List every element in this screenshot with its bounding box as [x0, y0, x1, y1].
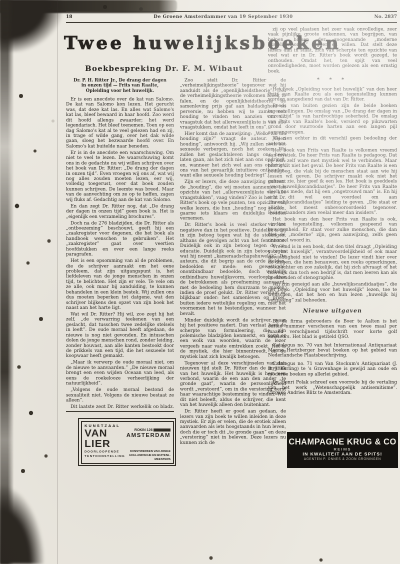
- paragraph: Het boek van den heer Frits van Raalte i…: [268, 217, 397, 243]
- van-lier-artworks-note: KUNSTWERKEN VAN JONGE HOLLANDSCHE EN BUI…: [123, 450, 170, 462]
- paragraph: „Volgens de oude moraal bestond de sexua…: [66, 388, 174, 404]
- column-left-paragraphs: Er is een anecdote over de kat van Salom…: [66, 97, 174, 408]
- paragraph: Reeds van buiten gezien zijn de beide bo…: [268, 104, 397, 135]
- article-subtitle: Boekbespreking Dr. F. M. Wibaut: [64, 64, 264, 73]
- paragraph: En dan zegt Dr. Ritter nog, dat „De dran…: [66, 204, 174, 220]
- paragraph: Het boek „Opleiding voor het huwelijk” v…: [268, 87, 397, 103]
- ad-separator-rule: [66, 411, 174, 412]
- issue-number: No. 2837: [374, 14, 397, 19]
- paragraph: Wij zijn geneigd aan alle „huwelijkscand…: [268, 282, 397, 303]
- paragraph: Catalogus no. 70 van het Internationaal …: [268, 343, 397, 359]
- paragraph: Het is een opsomming van al de problemen…: [66, 259, 174, 311]
- van-lier-name: VAN LIER: [84, 428, 126, 449]
- paragraph: Er is een anecdote over de kat van Salom…: [66, 97, 174, 149]
- masthead: De Groene Amsterdammer van 19 September …: [154, 14, 293, 19]
- paragraph: Dit laatste zegt Dr. Ritter werkelijk op…: [66, 404, 174, 408]
- van-lier-address: ROKIN 126: [134, 428, 152, 432]
- newspaper-page: 18 De Groene Amsterdammer van 19 Septemb…: [0, 0, 400, 564]
- scan-speckles: [0, 0, 2, 2]
- van-lier-advertisement: KUNSTZAAL VAN LIER ROKIN 126 AMSTERDAM D…: [78, 418, 176, 466]
- krug-name: CHAMPAGNE KRUG & CO: [289, 438, 397, 447]
- new-publications-list: Bij de firma gebroeders de Boer te Aalte…: [268, 319, 397, 396]
- krug-agent-line: AGENTEN P. ONNES & ZOON GRONINGEN: [304, 457, 381, 461]
- paragraph: zij op veel plaatsen het zeer vaak onvol…: [268, 27, 397, 74]
- section-heading-nieuwe-uitgaven: Nieuwe uitgaven: [268, 308, 397, 314]
- page-header: 18 De Groene Amsterdammer van 19 Septemb…: [66, 12, 397, 22]
- scan-noise-left-edge: [0, 0, 14, 564]
- paragraph: Wij zien echter in dit verschil geen bed…: [268, 136, 397, 146]
- paragraph: „Maar ik verwerp de oude moraal niet, om…: [66, 360, 174, 386]
- section-separator: * * *: [268, 77, 397, 83]
- column-right-paragraphs: Het boek „Opleiding voor het huwelijk” v…: [268, 87, 397, 303]
- paragraph: Dr. Henri Polak schreef een voorrede bij…: [268, 380, 397, 396]
- paragraph: Er is in de anecdote een waarschuwing. O…: [66, 150, 174, 202]
- paragraph: Het boek van Frits van Raalte is volkome…: [268, 148, 397, 216]
- paragraph: Catalogus no. 71 van Van Stockum's Antiq…: [268, 361, 397, 377]
- paragraph: Vreemd is in een boek, dat den titel dra…: [268, 244, 397, 281]
- column-left: Dr. P. H. Ritter Jr., De drang der dagen…: [66, 78, 174, 408]
- phone-smudge: [153, 428, 170, 431]
- reviewed-books-intro: Dr. P. H. Ritter Jr., De drang der dagen…: [66, 78, 174, 93]
- paragraph: Doch na de 276 bladzijden, die Dr. Ritte…: [66, 221, 174, 258]
- column-right-top-paragraphs: zij op veel plaatsen het zeer vaak onvol…: [268, 27, 397, 74]
- article-title: Twee huwelijksboeken: [64, 33, 264, 54]
- column-right: zij op veel plaatsen het zeer vaak onvol…: [268, 27, 397, 431]
- paragraph: Wat wil Dr. Ritter? Hij wil, zoo zegt hi…: [66, 312, 174, 359]
- van-lier-exhibition-note: DOORLOOPENDE TENTOONSTELLING: [84, 450, 123, 462]
- page-fold-line: [57, 0, 58, 564]
- paragraph: Bij de firma gebroeders de Boer te Aalte…: [268, 319, 397, 340]
- van-lier-city: AMSTERDAM: [126, 432, 170, 439]
- van-lier-ad-border: KUNSTZAAL VAN LIER ROKIN 126 AMSTERDAM D…: [81, 421, 174, 464]
- page-number: 18: [66, 14, 72, 19]
- krug-champagne-advertisement: CHAMPAGNE KRUG & CO REIMS IN KWALITEIT A…: [288, 433, 397, 467]
- scan-noise-bottom-left: [0, 486, 44, 564]
- header-rule-bottom: [66, 22, 397, 23]
